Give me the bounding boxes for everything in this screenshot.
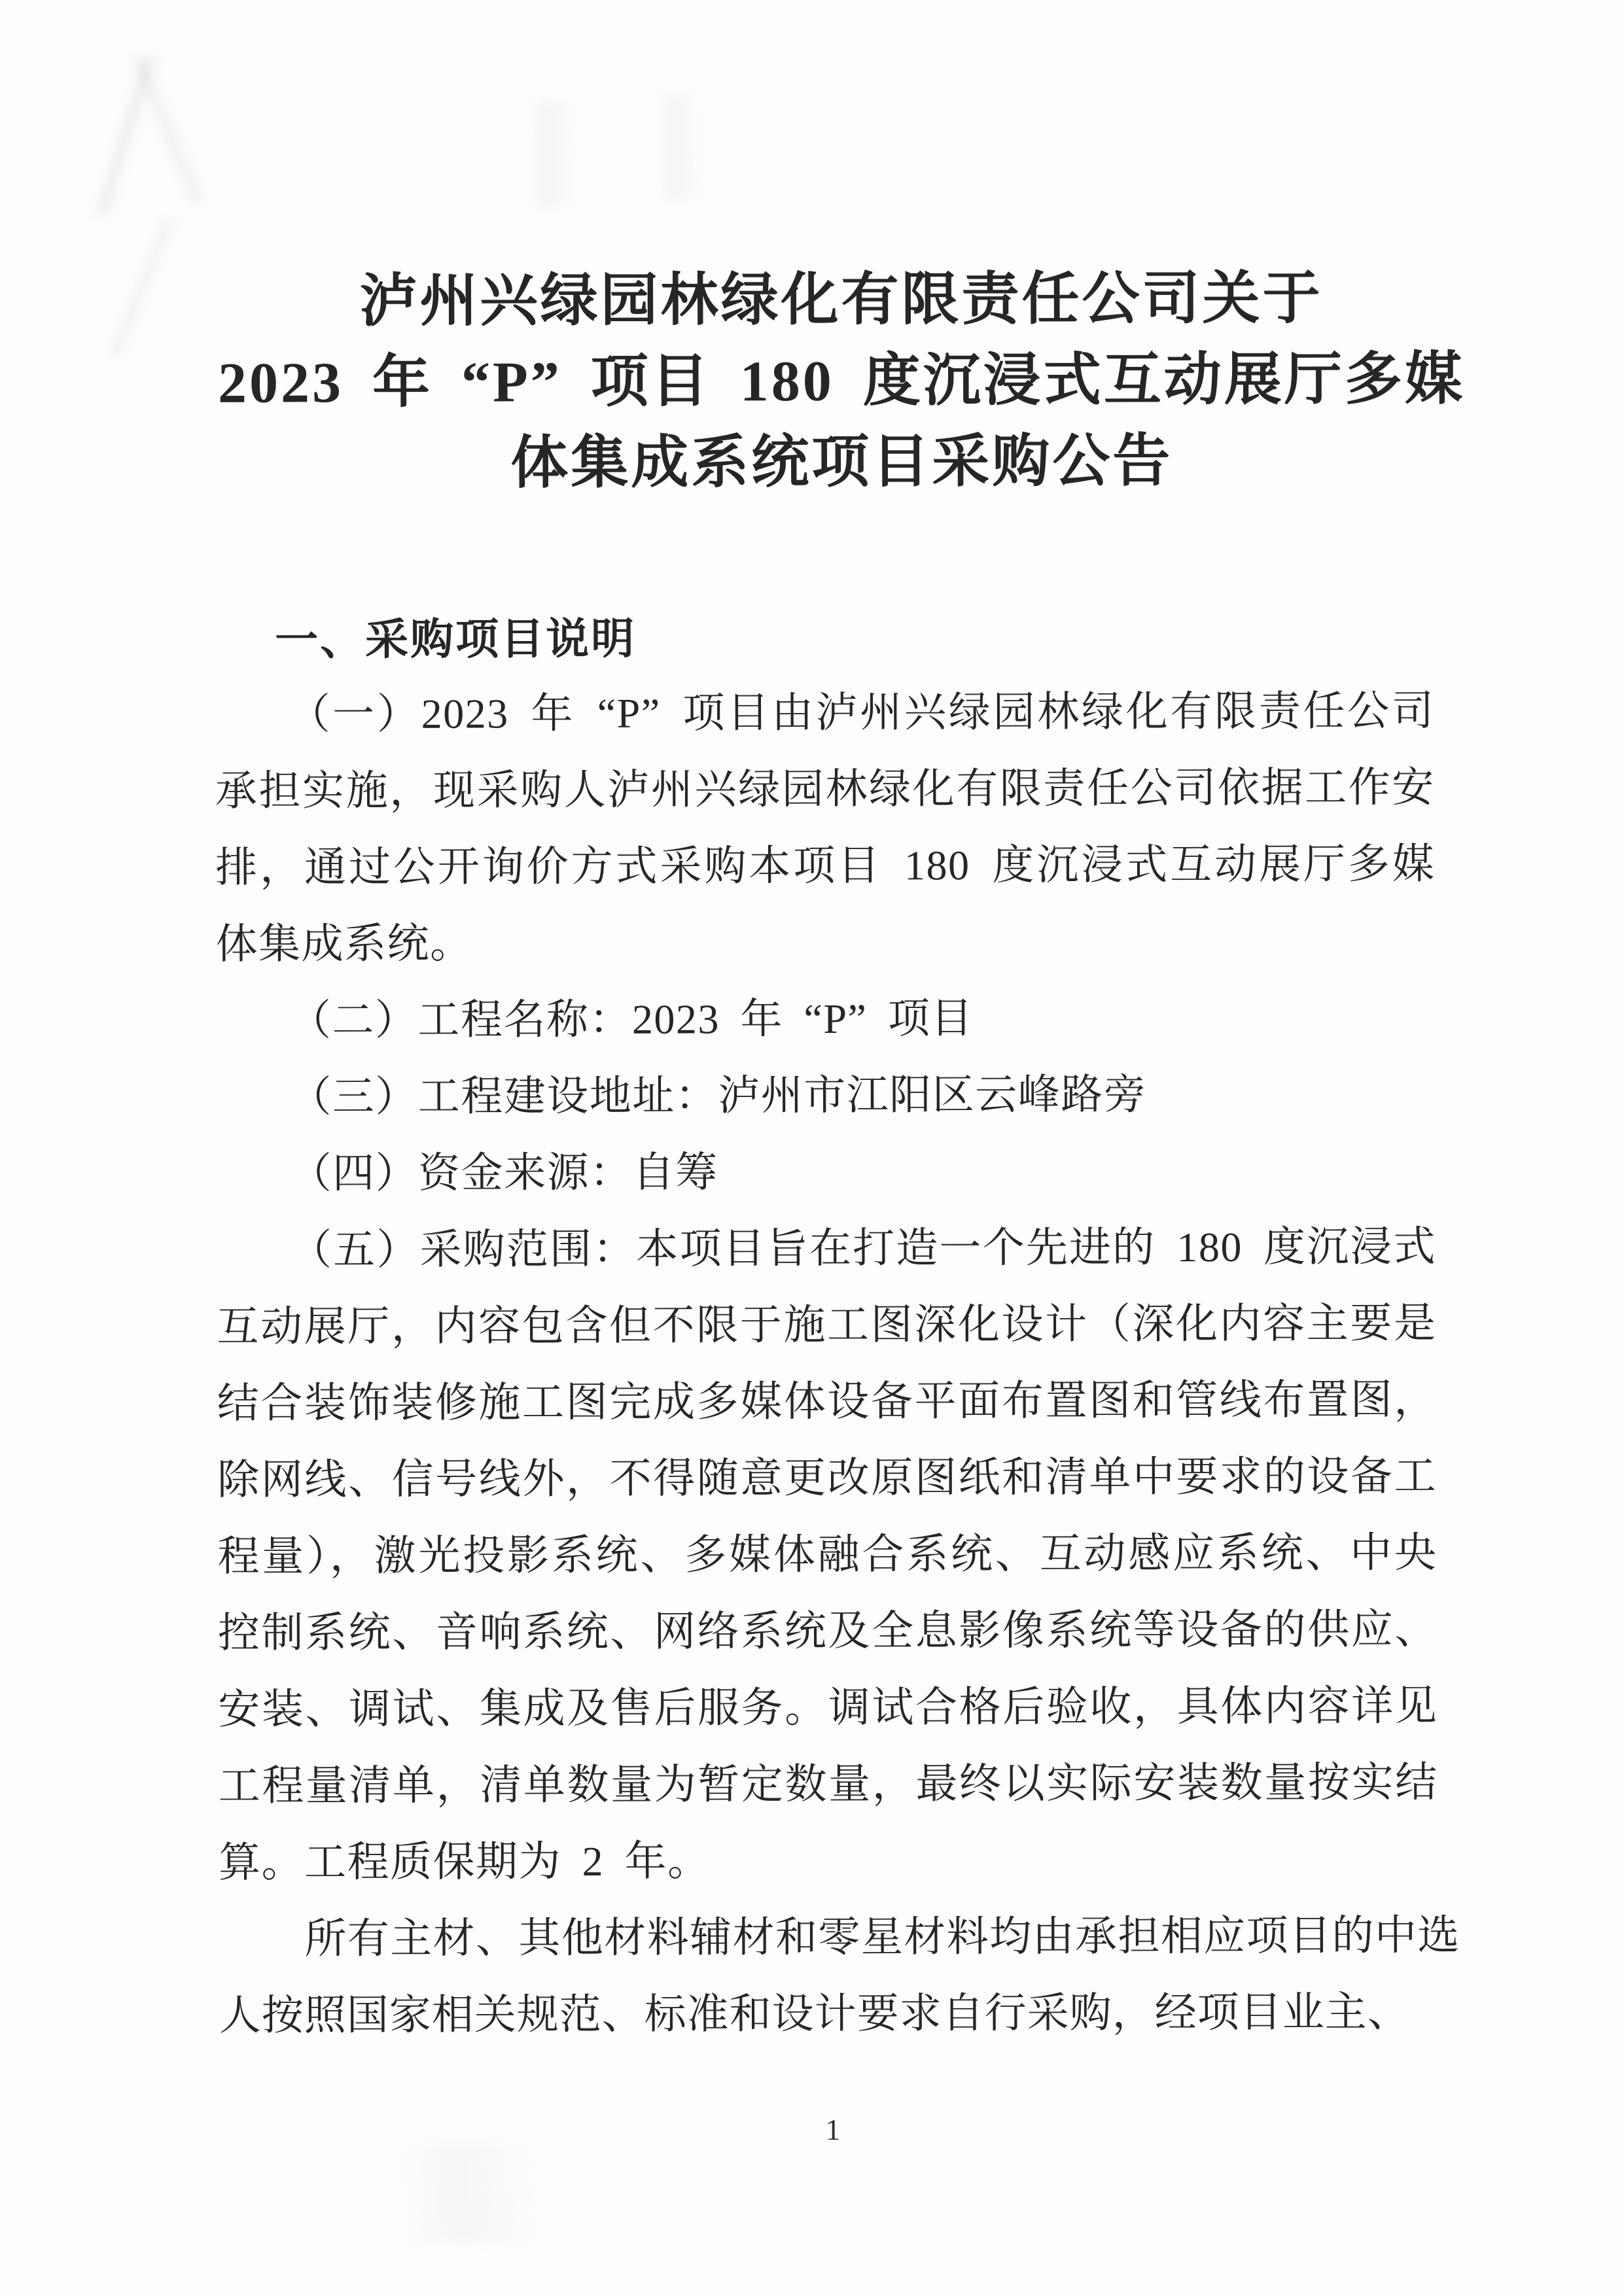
- title-line-1: 泸州兴绿园林绿化有限责任公司关于: [29, 258, 1624, 344]
- title-line-3: 体集成系统项目采购公告: [29, 420, 1624, 506]
- document-body: （一）2023 年 “P” 项目由泸州兴绿园林绿化有限责任公司承担实施，现采购人…: [215, 672, 1439, 2054]
- paragraph-1: （一）2023 年 “P” 项目由泸州兴绿园林绿化有限责任公司承担实施，现采购人…: [215, 672, 1435, 983]
- section-heading: 一、采购项目说明: [215, 612, 1434, 664]
- paragraph-2: （二）工程名称：2023 年 “P” 项目: [216, 979, 1436, 1059]
- scan-smudge-artifact: [196, 2146, 785, 2244]
- paragraph-5: （五）采购范围：本项目旨在打造一个先进的 180 度沉浸式互动展厅，内容包含但不…: [217, 1208, 1438, 1901]
- paragraph-6: 所有主材、其他材料辅材和零星材料均由承担相应项目的中选人按照国家相关规范、标准和…: [219, 1897, 1460, 2054]
- document-title: 泸州兴绿园林绿化有限责任公司关于 2023 年 “P” 项目 180 度沉浸式互…: [29, 258, 1624, 506]
- title-line-2: 2023 年 “P” 项目 180 度沉浸式互动展厅多媒: [29, 339, 1624, 425]
- paragraph-3: （三）工程建设地址：泸州市江阳区云峰路旁: [216, 1055, 1436, 1136]
- paragraph-4: （四）资金来源：自筹: [217, 1132, 1436, 1212]
- page-number: 1: [21, 2110, 1624, 2149]
- document-page: 泸州兴绿园林绿化有限责任公司关于 2023 年 “P” 项目 180 度沉浸式互…: [0, 0, 1624, 2296]
- document-content: 泸州兴绿园林绿化有限责任公司关于 2023 年 “P” 项目 180 度沉浸式互…: [0, 0, 1624, 2055]
